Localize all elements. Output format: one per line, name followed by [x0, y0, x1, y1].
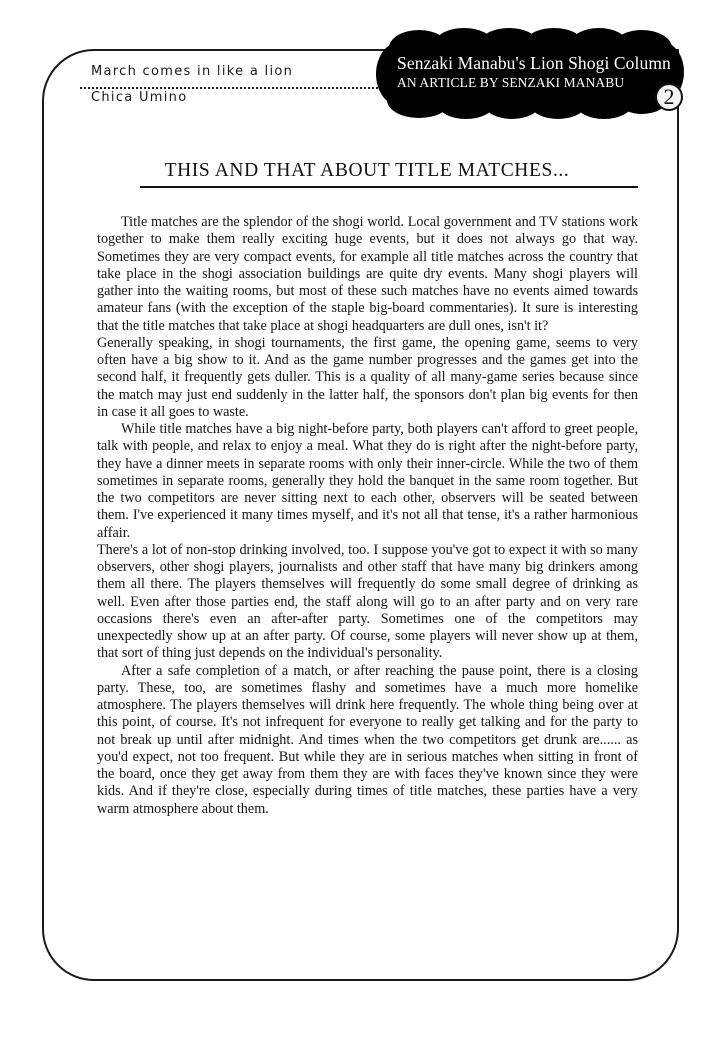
article-paragraph: Title matches are the splendor of the sh…	[97, 214, 638, 335]
column-header-bubble: Senzaki Manabu's Lion Shogi Column AN AR…	[374, 26, 686, 122]
article-paragraph: While title matches have a big night-bef…	[97, 421, 638, 542]
dotted-divider	[80, 87, 390, 89]
column-title: Senzaki Manabu's Lion Shogi Column	[397, 53, 671, 74]
article-paragraph: There's a lot of non-stop drinking invol…	[97, 542, 638, 663]
scalloped-cloud-shape	[374, 26, 686, 122]
author-name: Chica Umino	[91, 90, 187, 105]
series-title: March comes in like a lion	[91, 64, 293, 79]
column-byline: AN ARTICLE BY SENZAKI MANABU	[397, 75, 624, 91]
issue-number-badge: 2	[655, 83, 683, 111]
article-title: THIS AND THAT ABOUT TITLE MATCHES...	[97, 160, 637, 182]
article-body: Title matches are the splendor of the sh…	[97, 214, 638, 818]
article-paragraph: After a safe completion of a match, or a…	[97, 663, 638, 818]
article-paragraph: Generally speaking, in shogi tournaments…	[97, 335, 638, 421]
title-underline	[140, 186, 638, 188]
